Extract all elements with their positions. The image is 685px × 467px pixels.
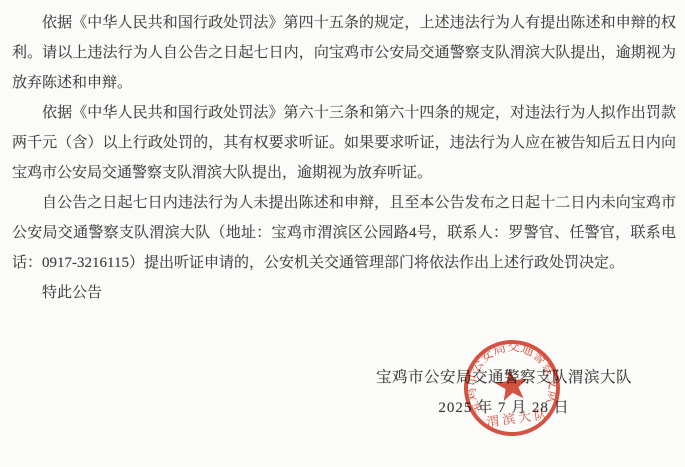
paragraph-closing-notice: 特此公告 [12,278,676,308]
signature-organization: 宝鸡市公安局交通警察支队渭滨大队 [376,362,632,393]
paragraph-statement-defense-rights: 依据《中华人民共和国行政处罚法》第四十五条的规定，上述违法行为人有提出陈述和申辩… [12,8,676,98]
announcement-document: 依据《中华人民共和国行政处罚法》第四十五条的规定，上述违法行为人有提出陈述和申辩… [0,0,685,467]
signature-date: 2025 年 7 月 28 日 [376,393,632,424]
paragraph-deadline-and-decision: 自公告之日起七日内违法行为人未提出陈述和申辩，且至本公告发布之日起十二日内未向宝… [12,188,676,278]
signature-block: 宝鸡市公安局交通警察支队渭滨大队 2025 年 7 月 28 日 [376,362,632,424]
document-body: 依据《中华人民共和国行政处罚法》第四十五条的规定，上述违法行为人有提出陈述和申辩… [12,8,676,308]
paragraph-hearing-rights: 依据《中华人民共和国行政处罚法》第六十三条和第六十四条的规定，对违法行为人拟作出… [12,98,676,188]
